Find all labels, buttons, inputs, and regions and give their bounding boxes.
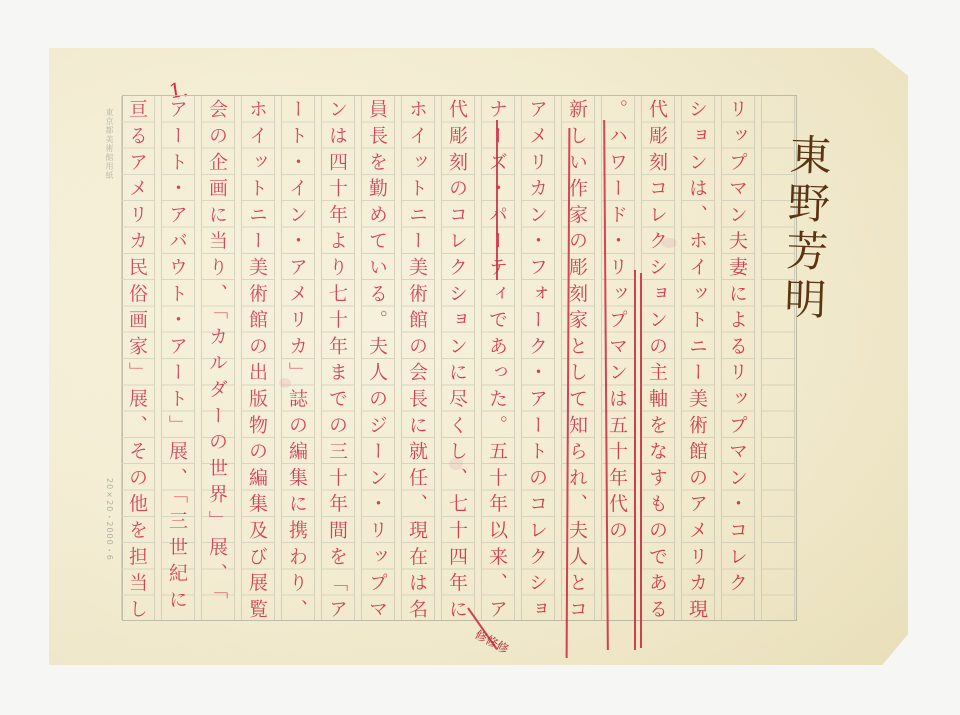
revision-strike-line <box>496 120 498 280</box>
ink-stain <box>661 238 677 248</box>
grid-column: アート・アバウト・アート」展、「三世紀に <box>161 96 195 620</box>
paper-maker-imprint: 東京都美術館用紙 <box>104 108 115 180</box>
column-text: ンは四十年より七十年までの三十年間を「ア <box>322 99 354 623</box>
revision-strike-line <box>640 273 642 648</box>
column-text: 代彫刻のコレクションに尽くし、七十四年には <box>442 99 474 623</box>
column-text: リップマン夫妻によるリップマン・コレク <box>722 99 754 623</box>
grid-column: 代彫刻のコレクションに尽くし、七十四年には <box>441 96 475 620</box>
grid-column: ホイットニー美術館の出版物の編集及び展覧 <box>241 96 275 620</box>
column-text: アート・アバウト・アート」展、「三世紀に <box>162 99 194 623</box>
grid-column: 員長を勤めている。夫人のジーン・リップマ <box>361 96 395 620</box>
grid-column: ンは四十年より七十年までの三十年間を「ア <box>321 96 355 620</box>
column-text: ホイットニー美術館の会長に就任、現在は名誉会 <box>402 99 434 623</box>
column-text: 会の企画に当り、「カルダーの世界」展、「 <box>202 99 234 623</box>
ink-stain <box>279 378 291 388</box>
grid-column: 会の企画に当り、「カルダーの世界」展、「 <box>201 96 235 620</box>
column-text: ホイットニー美術館の出版物の編集及び展覧 <box>242 99 274 623</box>
column-text: ナーズ・パーティであった。五十年以来、アメリカ現 <box>482 99 514 623</box>
column-text: ションは、ホイットニー美術館のアメリカ現 <box>682 99 714 623</box>
author-signature: 東野芳明 <box>772 132 839 326</box>
column-text: 員長を勤めている。夫人のジーン・リップマ <box>362 99 394 623</box>
column-text: アメリカン・フォーク・アートのコレクショ <box>522 99 554 623</box>
grid-column: アメリカン・フォーク・アートのコレクショ <box>521 96 555 620</box>
column-text: ート・イン・アメリカ」誌の編集に携わり、以後 <box>282 99 314 623</box>
ink-stain <box>449 458 463 470</box>
manuscript-grid: リップマン夫妻によるリップマン・コレク ションは、ホイットニー美術館のアメリカ現… <box>122 95 797 621</box>
grid-column: ションは、ホイットニー美術館のアメリカ現 <box>681 96 715 620</box>
marginal-insertion-note: 修修修 <box>472 626 512 658</box>
grid-column: ナーズ・パーティであった。五十年以来、アメリカ現 <box>481 96 515 620</box>
grid-column: リップマン夫妻によるリップマン・コレク <box>721 96 755 620</box>
grid-column: 代彫刻コレクションの主軸をなすものである <box>641 96 675 620</box>
column-text: 代彫刻コレクションの主軸をなすものである <box>642 99 674 623</box>
revision-strike-line <box>634 270 636 650</box>
grid-column: ホイットニー美術館の会長に就任、現在は名誉会 <box>401 96 435 620</box>
grid-column: ート・イン・アメリカ」誌の編集に携わり、以後 <box>281 96 315 620</box>
column-text: 亘るアメリカ民俗画家」展、その他を担当し <box>122 99 154 623</box>
grid-column: 亘るアメリカ民俗画家」展、その他を担当し <box>121 96 155 620</box>
paper-spec-imprint: 20×20・2000・6 <box>104 478 115 561</box>
